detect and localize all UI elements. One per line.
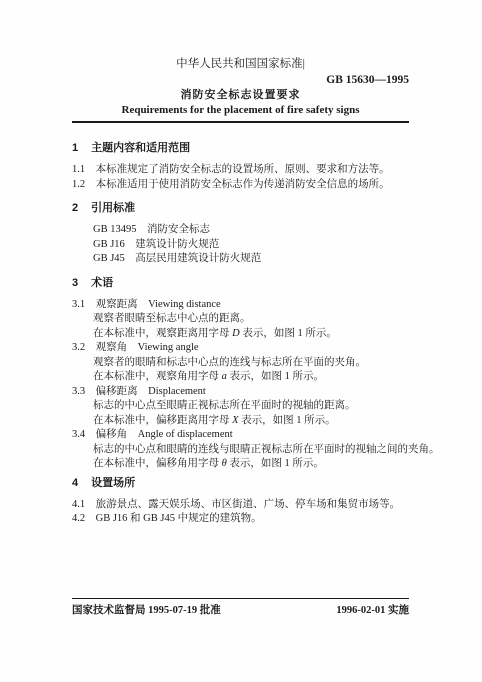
section-2-title: 引用标准 [91,202,135,214]
clause-1-2: 1.2 本标准适用于使用消防安全标志作为传递消防安全信息的场所。 [72,178,409,193]
section-scope: 1主题内容和适用范围 1.1 本标准规定了消防安全标志的设置场所、原则、要求和方… [72,141,409,192]
term-3-2-definition: 观察者的眼睛和标志中心点的连线与标志所在平面的夹角。 [72,356,409,371]
term-3-3-notation: 在本标准中，偏移距离用字母 X 表示，如图 1 所示。 [72,414,409,429]
section-4-title: 设置场所 [91,477,135,489]
section-1-heading: 1主题内容和适用范围 [72,141,409,155]
document-title-en: Requirements for the placement of fire s… [72,103,409,117]
term-3-4: 3.4 偏移角 Angle of displacement [72,428,409,443]
section-3-heading: 3术语 [72,276,409,290]
standard-number: GB 15630—1995 [72,73,409,87]
term-3-3-definition: 标志的中心点至眼睛正视标志所在平面时的视轴的距离。 [72,399,409,414]
term-3-2-notation: 在本标准中，观察角用字母 a 表示，如图 1 所示。 [72,370,409,385]
reference-gb13495: GB 13495 消防安全标志 [72,223,409,238]
section-2-heading: 2引用标准 [72,201,409,215]
term-3-1-notation: 在本标准中，观察距离用字母 D 表示，如图 1 所示。 [72,327,409,342]
section-1-number: 1 [72,142,78,154]
section-3-number: 3 [72,277,78,289]
term-3-1-definition: 观察者眼睛至标志中心点的距离。 [72,312,409,327]
document-footer: 国家技术监督局 1995-07-19 批准 1996-02-01 实施 [72,598,409,617]
document-page: 中华人民共和国国家标准| GB 15630—1995 消防安全标志设置要求 Re… [0,0,482,682]
term-3-4-notation: 在本标准中，偏移角用字母 θ 表示，如图 1 所示。 [72,457,409,472]
header-rule [72,121,409,123]
section-4-heading: 4设置场所 [72,476,409,490]
document-header: 中华人民共和国国家标准| GB 15630—1995 消防安全标志设置要求 Re… [72,57,409,123]
section-3-title: 术语 [91,277,113,289]
page-content: 中华人民共和国国家标准| GB 15630—1995 消防安全标志设置要求 Re… [72,0,409,527]
clause-4-1: 4.1 旅游景点、露天娱乐场、市区街道、广场、停车场和集贸市场等。 [72,498,409,513]
implementation-text: 1996-02-01 实施 [336,604,409,617]
term-3-2: 3.2 观察角 Viewing angle [72,341,409,356]
section-4-number: 4 [72,477,78,489]
term-3-4-definition: 标志的中心点和眼睛的连线与眼睛正视标志所在平面时的视轴之间的夹角。 [72,443,409,458]
reference-gbj16: GB J16 建筑设计防火规范 [72,238,409,253]
reference-gbj45: GB J45 高层民用建筑设计防火规范 [72,252,409,267]
term-3-1: 3.1 观察距离 Viewing distance [72,298,409,313]
symbol-D: D [232,328,240,339]
section-terminology: 3术语 3.1 观察距离 Viewing distance 观察者眼睛至标志中心… [72,276,409,472]
approval-text: 国家技术监督局 1995-07-19 批准 [72,604,221,617]
section-1-title: 主题内容和适用范围 [91,142,190,154]
clause-1-1: 1.1 本标准规定了消防安全标志的设置场所、原则、要求和方法等。 [72,163,409,178]
section-references: 2引用标准 GB 13495 消防安全标志 GB J16 建筑设计防火规范 GB… [72,201,409,267]
term-3-3: 3.3 偏移距离 Displacement [72,385,409,400]
document-title-zh: 消防安全标志设置要求 [72,88,409,102]
clause-4-2: 4.2 GB J16 和 GB J45 中规定的建筑物。 [72,512,409,527]
national-standard-label: 中华人民共和国国家标准| [72,57,409,71]
section-placement-locations: 4设置场所 4.1 旅游景点、露天娱乐场、市区街道、广场、停车场和集贸市场等。 … [72,476,409,527]
section-2-number: 2 [72,202,78,214]
